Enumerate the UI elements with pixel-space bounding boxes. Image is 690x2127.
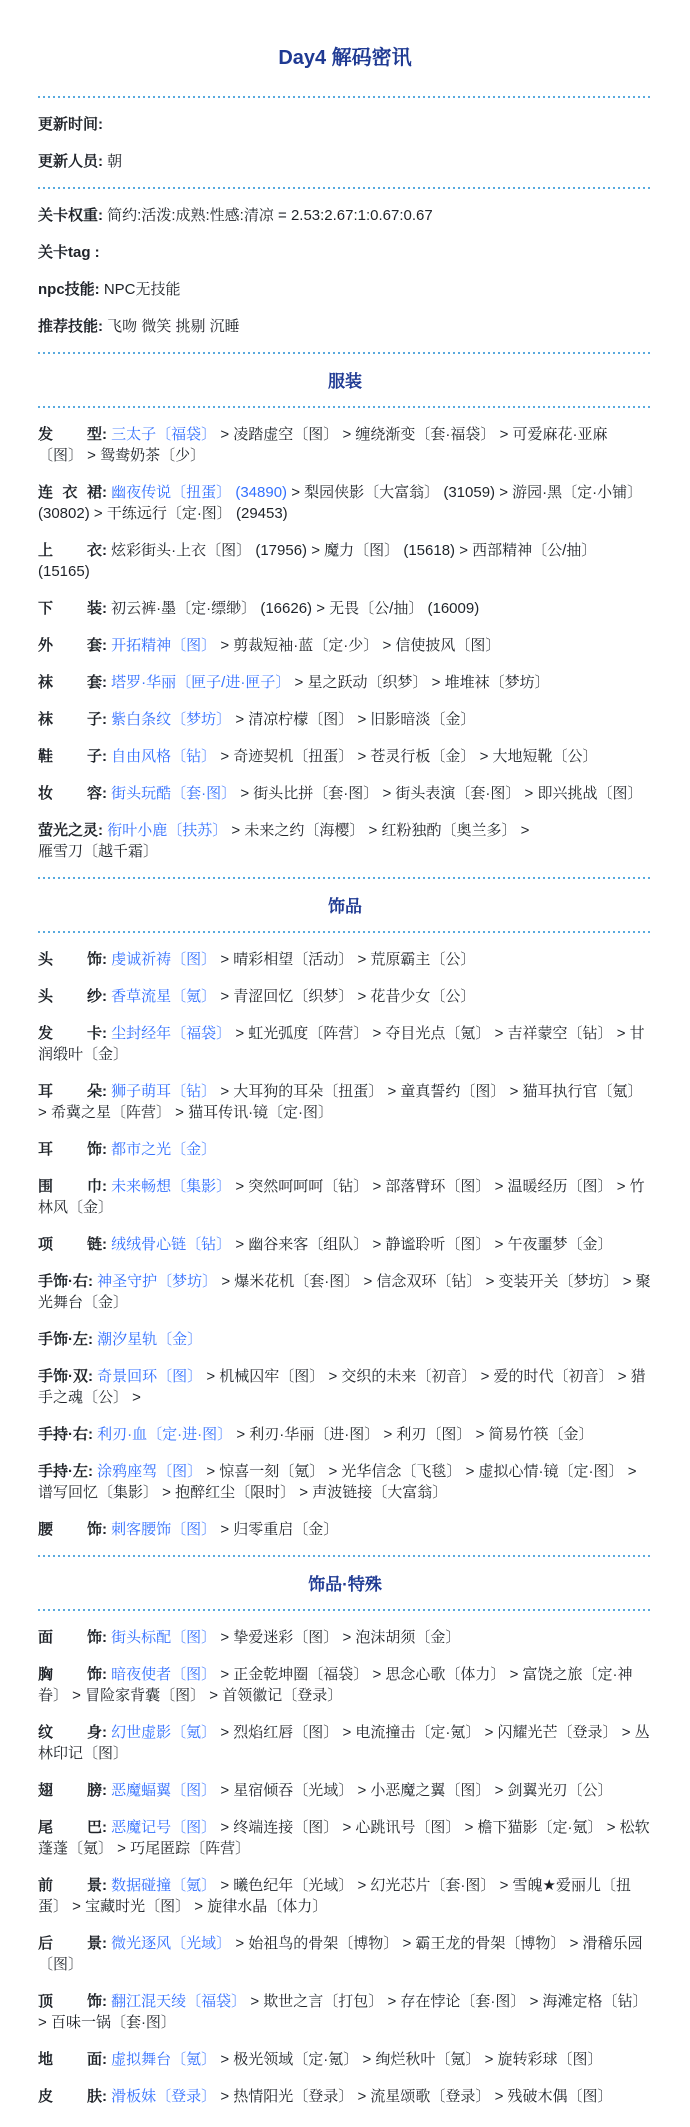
- dotted-divider: [38, 96, 652, 98]
- item-link[interactable]: 幽夜传说〔扭蛋〕 (34890): [111, 484, 287, 501]
- item-separator: >: [618, 1724, 635, 1741]
- outfit-row: 手饰·双: 奇景回环〔图〕 > 机械囚牢〔图〕 > 交织的未来〔初音〕 > 爱的…: [38, 1366, 652, 1408]
- item-separator: >: [190, 1898, 207, 1915]
- item-text: 惊喜一刻〔氪〕: [219, 1463, 324, 1480]
- outfit-row: 手持·右: 利刃·血〔定·进·图〕 > 利刃·华丽〔进·图〕 > 利刃〔图〕 >…: [38, 1424, 652, 1445]
- item-text: 简易竹筷〔金〕: [489, 1426, 594, 1443]
- item-text: 幻光芯片〔套·图〕: [370, 1877, 495, 1894]
- item-text: 信使披风〔图〕: [395, 637, 500, 654]
- item-separator: >: [378, 637, 395, 654]
- item-text: 利刃·华丽〔进·图〕: [249, 1426, 379, 1443]
- slot-colon: :: [102, 1782, 111, 1799]
- item-separator: >: [613, 1025, 630, 1042]
- slot-label: 萤光之灵: [38, 820, 98, 841]
- item-text: 归零重启〔金〕: [233, 1521, 338, 1538]
- item-separator: >: [505, 1083, 522, 1100]
- slot-colon: :: [102, 674, 111, 691]
- item-text: 大耳狗的耳朵〔扭蛋〕: [233, 1083, 383, 1100]
- item-separator: >: [231, 1025, 248, 1042]
- item-separator: >: [353, 988, 370, 1005]
- item-separator: >: [338, 1629, 355, 1646]
- outfit-row: 手饰·左: 潮汐星轨〔金〕: [38, 1329, 652, 1350]
- slot-label: 手饰·右: [38, 1271, 88, 1292]
- item-separator: >: [202, 1368, 219, 1385]
- slot-colon: :: [88, 1463, 97, 1480]
- item-link[interactable]: 恶魔记号〔图〕: [111, 1819, 216, 1836]
- slot-colon: :: [102, 988, 111, 1005]
- item-link[interactable]: 数据碰撞〔氪〕: [111, 1877, 216, 1894]
- item-text: 宝藏时光〔图〕: [85, 1898, 190, 1915]
- item-separator: >: [307, 542, 324, 559]
- outfit-row: 顶饰: 翻江混天绫〔福袋〕 > 欺世之言〔打包〕 > 存在悖论〔套·图〕 > 海…: [38, 1991, 652, 2033]
- item-link[interactable]: 翻江混天绫〔福袋〕: [111, 1993, 246, 2010]
- item-link[interactable]: 开拓精神〔图〕: [111, 637, 216, 654]
- item-separator: >: [353, 2088, 370, 2105]
- item-separator: >: [353, 711, 370, 728]
- slot-colon: :: [98, 822, 107, 839]
- slot-colon: :: [102, 1141, 111, 1158]
- item-text: 爆米花机〔套·图〕: [234, 1273, 359, 1290]
- item-separator: >: [368, 1236, 385, 1253]
- slot-label: 鞋子: [38, 746, 102, 767]
- doc-content: 更新时间: 更新人员: 朝关卡权重: 简约:活泼:成熟:性感:清凉 = 2.53…: [38, 96, 652, 2107]
- slot-label: 外套: [38, 635, 102, 656]
- item-text: 梨园侠影〔大富翁〕 (31059): [304, 484, 495, 501]
- item-separator: >: [216, 1521, 233, 1538]
- slot-colon: :: [102, 711, 111, 728]
- item-text: 心跳讯号〔图〕: [355, 1819, 460, 1836]
- item-separator: >: [490, 1178, 507, 1195]
- item-text: 午夜噩梦〔金〕: [508, 1236, 613, 1253]
- meta-row: 推荐技能: 飞吻 微笑 挑剔 沉睡: [38, 316, 652, 337]
- slot-colon: :: [102, 1877, 111, 1894]
- item-separator: >: [202, 1463, 219, 1480]
- item-separator: >: [379, 1426, 396, 1443]
- item-text: 泡沫胡须〔金〕: [355, 1629, 460, 1646]
- item-text: 利刃〔图〕: [396, 1426, 471, 1443]
- item-link[interactable]: 涂鸦座驾〔图〕: [97, 1463, 202, 1480]
- item-separator: >: [216, 426, 233, 443]
- item-separator: >: [171, 1104, 188, 1121]
- meta-value: 飞吻 微笑 挑剔 沉睡: [107, 318, 240, 335]
- item-separator: >: [481, 1273, 498, 1290]
- item-text: 温暖经历〔图〕: [508, 1178, 613, 1195]
- slot-label: 皮肤: [38, 2086, 102, 2107]
- item-text: 存在悖论〔套·图〕: [400, 1993, 525, 2010]
- outfit-row: 尾巴: 恶魔记号〔图〕 > 终端连接〔图〕 > 心跳讯号〔图〕 > 檐下猫影〔定…: [38, 1817, 652, 1859]
- item-separator: >: [216, 1629, 233, 1646]
- slot-colon: :: [102, 426, 111, 443]
- item-text: 童真誓约〔图〕: [400, 1083, 505, 1100]
- item-text: 星宿倾吞〔光域〕: [233, 1782, 353, 1799]
- item-text: 干练远行〔定·图〕 (29453): [107, 505, 288, 522]
- item-text: 光华信念〔飞毯〕: [341, 1463, 461, 1480]
- item-separator: >: [216, 1877, 233, 1894]
- item-separator: >: [383, 1993, 400, 2010]
- slot-colon: :: [102, 1083, 111, 1100]
- section-header: 饰品: [38, 895, 652, 919]
- outfit-row: 连衣裙: 幽夜传说〔扭蛋〕 (34890) > 梨园侠影〔大富翁〕 (31059…: [38, 482, 652, 524]
- item-link[interactable]: 神圣守护〔梦坊〕: [97, 1273, 217, 1290]
- slot-label: 项链: [38, 1234, 102, 1255]
- item-separator: >: [227, 822, 244, 839]
- slot-colon: :: [102, 2051, 111, 2068]
- item-text: 部落臂环〔图〕: [385, 1178, 490, 1195]
- item-separator: >: [516, 822, 529, 839]
- item-separator: >: [353, 1782, 370, 1799]
- item-text: 花昔少女〔公〕: [370, 988, 475, 1005]
- slot-label: 地面: [38, 2049, 102, 2070]
- outfit-row: 妆容: 街头玩酷〔套·图〕 > 街头比拼〔套·图〕 > 街头表演〔套·图〕 > …: [38, 783, 652, 804]
- item-separator: >: [324, 1368, 341, 1385]
- slot-colon: :: [102, 484, 111, 501]
- meta-label: 更新人员:: [38, 153, 107, 170]
- item-separator: >: [216, 1819, 233, 1836]
- slot-label: 手持·左: [38, 1461, 88, 1482]
- outfit-row: 皮肤: 滑板妹〔登录〕 > 热情阳光〔登录〕 > 流星颂歌〔登录〕 > 残破木偶…: [38, 2086, 652, 2107]
- slot-label: 耳饰: [38, 1139, 102, 1160]
- slot-colon: :: [88, 1368, 97, 1385]
- item-separator: >: [505, 1666, 522, 1683]
- item-separator: >: [128, 1389, 141, 1406]
- item-link[interactable]: 利刃·血〔定·进·图〕: [97, 1426, 232, 1443]
- item-text: 猫耳执行官〔氪〕: [523, 1083, 643, 1100]
- slot-colon: :: [102, 1666, 111, 1683]
- item-separator: >: [216, 748, 233, 765]
- item-separator: >: [480, 1724, 497, 1741]
- slot-label: 手持·右: [38, 1424, 88, 1445]
- item-text: 百味一锅〔套·图〕: [51, 2014, 176, 2031]
- item-separator: >: [364, 822, 381, 839]
- item-separator: >: [490, 1782, 507, 1799]
- item-separator: >: [158, 1484, 175, 1501]
- item-link[interactable]: 微光逐风〔光域〕: [111, 1935, 231, 1952]
- slot-colon: :: [102, 785, 111, 802]
- slot-label: 上衣: [38, 540, 102, 561]
- outfit-row: 外套: 开拓精神〔图〕 > 剪裁短袖·蓝〔定·少〕 > 信使披风〔图〕: [38, 635, 652, 656]
- item-text: 抱醉红尘〔限时〕: [175, 1484, 295, 1501]
- item-text: 青涩回忆〔织梦〕: [233, 988, 353, 1005]
- item-separator: >: [216, 2088, 233, 2105]
- meta-row: 关卡tag :: [38, 242, 652, 263]
- slot-label: 翅膀: [38, 1780, 102, 1801]
- outfit-row: 纹身: 幻世虚影〔氪〕 > 烈焰红唇〔图〕 > 电流撞击〔定·氪〕 > 闪耀光芒…: [38, 1722, 652, 1764]
- outfit-row: 上衣: 炫彩街头·上衣〔图〕 (17956) > 魔力〔图〕 (15618) >…: [38, 540, 652, 582]
- slot-label: 连衣裙: [38, 482, 102, 503]
- outfit-row: 耳饰: 都市之光〔金〕: [38, 1139, 652, 1160]
- slot-colon: :: [88, 1273, 97, 1290]
- item-text: 巧尾匿踪〔阵营〕: [130, 1840, 250, 1857]
- item-text: 闪耀光芒〔登录〕: [498, 1724, 618, 1741]
- slot-colon: :: [102, 1236, 111, 1253]
- item-link[interactable]: 狮子萌耳〔钻〕: [111, 1083, 216, 1100]
- item-link[interactable]: 紫白条纹〔梦坊〕: [111, 711, 231, 728]
- item-text: 无畏〔公/抽〕 (16009): [329, 600, 479, 617]
- slot-label: 袜子: [38, 709, 102, 730]
- meta-row: 更新人员: 朝: [38, 151, 652, 172]
- item-separator: >: [358, 2051, 375, 2068]
- slot-label: 头纱: [38, 986, 102, 1007]
- item-separator: >: [232, 1426, 249, 1443]
- item-separator: >: [312, 600, 329, 617]
- item-separator: >: [427, 674, 444, 691]
- item-text: 星之跃动〔织梦〕: [307, 674, 427, 691]
- item-link[interactable]: 街头玩酷〔套·图〕: [111, 785, 236, 802]
- item-separator: >: [324, 1463, 341, 1480]
- dotted-divider: [38, 1609, 652, 1611]
- item-separator: >: [90, 505, 107, 522]
- item-link[interactable]: 暗夜使者〔图〕: [111, 1666, 216, 1683]
- item-text: 苍灵行板〔金〕: [370, 748, 475, 765]
- slot-colon: :: [102, 600, 111, 617]
- item-text: 电流撞击〔定·氪〕: [355, 1724, 480, 1741]
- item-separator: >: [231, 1935, 248, 1952]
- item-text: 变装开关〔梦坊〕: [499, 1273, 619, 1290]
- slot-label: 发卡: [38, 1023, 102, 1044]
- meta-row: 更新时间:: [38, 114, 652, 135]
- item-separator: >: [216, 951, 233, 968]
- meta-row: 关卡权重: 简约:活泼:成熟:性感:清凉 = 2.53:2.67:1:0.67:…: [38, 205, 652, 226]
- item-separator: >: [338, 1724, 355, 1741]
- meta-label: 关卡权重:: [38, 207, 107, 224]
- slot-colon: :: [102, 748, 111, 765]
- meta-value: NPC无技能: [104, 281, 181, 298]
- item-text: 始祖鸟的骨架〔博物〕: [248, 1935, 398, 1952]
- item-text: 街头表演〔套·图〕: [395, 785, 520, 802]
- item-text: 晴彩相望〔活动〕: [233, 951, 353, 968]
- item-text: 街头比拼〔套·图〕: [253, 785, 378, 802]
- item-text: 即兴挑战〔图〕: [538, 785, 643, 802]
- item-text: 绚烂秋叶〔氪〕: [375, 2051, 480, 2068]
- item-separator: >: [236, 785, 253, 802]
- outfit-row: 发卡: 尘封经年〔福袋〕 > 虹光弧度〔阵营〕 > 夺目光点〔氪〕 > 吉祥蒙空…: [38, 1023, 652, 1065]
- item-separator: >: [83, 447, 100, 464]
- item-separator: >: [613, 1178, 630, 1195]
- item-separator: >: [619, 1273, 636, 1290]
- item-link[interactable]: 虔诚祈祷〔图〕: [111, 951, 216, 968]
- item-text: 静谧聆听〔图〕: [385, 1236, 490, 1253]
- outfit-row: 耳朵: 狮子萌耳〔钻〕 > 大耳狗的耳朵〔扭蛋〕 > 童真誓约〔图〕 > 猫耳执…: [38, 1081, 652, 1123]
- item-text: 挚爱迷彩〔图〕: [233, 1629, 338, 1646]
- item-link[interactable]: 自由风格〔钻〕: [111, 748, 216, 765]
- item-text: 清凉柠檬〔图〕: [248, 711, 353, 728]
- outfit-row: 发型: 三太子〔福袋〕 > 凌踏虚空〔图〕 > 缠绕渐变〔套·福袋〕 > 可爱麻…: [38, 424, 652, 466]
- item-link[interactable]: 奇景回环〔图〕: [97, 1368, 202, 1385]
- slot-colon: :: [102, 637, 111, 654]
- item-separator: >: [216, 988, 233, 1005]
- item-separator: >: [565, 1935, 582, 1952]
- item-separator: >: [398, 1935, 415, 1952]
- slot-label: 发型: [38, 424, 102, 445]
- item-text: 小恶魔之翼〔图〕: [370, 1782, 490, 1799]
- item-separator: >: [368, 1666, 385, 1683]
- item-text: 鸳鸯奶茶〔少〕: [100, 447, 205, 464]
- slot-label: 手饰·左: [38, 1329, 88, 1350]
- outfit-row: 袜套: 塔罗·华丽〔匣子/进·匣子〕 > 星之跃动〔织梦〕 > 堆堆袜〔梦坊〕: [38, 672, 652, 693]
- doc-title: Day4 解码密讯: [38, 44, 652, 72]
- outfit-row: 胸饰: 暗夜使者〔图〕 > 正金乾坤圈〔福袋〕 > 思念心歌〔体力〕 > 富饶之…: [38, 1664, 652, 1706]
- slot-colon: :: [102, 1629, 111, 1646]
- item-separator: >: [231, 1178, 248, 1195]
- item-text: 缠绕渐变〔套·福袋〕: [355, 426, 495, 443]
- dotted-divider: [38, 877, 652, 879]
- item-text: 声波链接〔大富翁〕: [312, 1484, 447, 1501]
- item-text: 终端连接〔图〕: [233, 1819, 338, 1836]
- item-link[interactable]: 尘封经年〔福袋〕: [111, 1025, 231, 1042]
- item-separator: >: [216, 1666, 233, 1683]
- item-separator: >: [368, 1025, 385, 1042]
- item-text: 奇迹契机〔扭蛋〕: [233, 748, 353, 765]
- slot-label: 袜套: [38, 672, 102, 693]
- item-text: 流星颂歌〔登录〕: [370, 2088, 490, 2105]
- outfit-row: 头饰: 虔诚祈祷〔图〕 > 晴彩相望〔活动〕 > 荒原霸主〔公〕: [38, 949, 652, 970]
- item-text: 虹光弧度〔阵营〕: [248, 1025, 368, 1042]
- outfit-row: 后景: 微光逐风〔光域〕 > 始祖鸟的骨架〔博物〕 > 霸王龙的骨架〔博物〕 >…: [38, 1933, 652, 1975]
- item-separator: >: [216, 1083, 233, 1100]
- item-link[interactable]: 街头标配〔图〕: [111, 1629, 216, 1646]
- meta-label: npc技能:: [38, 281, 104, 298]
- slot-colon: :: [102, 1993, 111, 2010]
- item-text: 旋转彩球〔图〕: [498, 2051, 603, 2068]
- item-link[interactable]: 衔叶小鹿〔扶苏〕: [107, 822, 227, 839]
- outfit-row: 下装: 初云裤·墨〔定·缥缈〕 (16626) > 无畏〔公/抽〕 (16009…: [38, 598, 652, 619]
- meta-label: 更新时间:: [38, 116, 103, 133]
- item-separator: >: [460, 1819, 477, 1836]
- slot-colon: :: [102, 1724, 111, 1741]
- meta-label: 推荐技能:: [38, 318, 107, 335]
- dotted-divider: [38, 406, 652, 408]
- dotted-divider: [38, 352, 652, 354]
- item-separator: >: [353, 951, 370, 968]
- meta-row: npc技能: NPC无技能: [38, 279, 652, 300]
- item-text: 夺目光点〔氪〕: [385, 1025, 490, 1042]
- item-text: 交织的未来〔初音〕: [341, 1368, 476, 1385]
- item-text: 海滩定格〔钻〕: [543, 1993, 648, 2010]
- item-separator: >: [495, 1877, 512, 1894]
- item-separator: >: [603, 1819, 620, 1836]
- slot-label: 手饰·双: [38, 1366, 88, 1387]
- item-text: 思念心歌〔体力〕: [385, 1666, 505, 1683]
- outfit-row: 前景: 数据碰撞〔氪〕 > 曦色纪年〔光域〕 > 幻光芯片〔套·图〕 > 雪魄★…: [38, 1875, 652, 1917]
- item-separator: >: [216, 637, 233, 654]
- item-link[interactable]: 香草流星〔氪〕: [111, 988, 216, 1005]
- item-text: 虚拟心情·镜〔定·图〕: [479, 1463, 624, 1480]
- item-separator: >: [368, 1178, 385, 1195]
- item-link[interactable]: 滑板妹〔登录〕: [111, 2088, 216, 2105]
- slot-label: 顶饰: [38, 1991, 102, 2012]
- item-link[interactable]: 三太子〔福袋〕: [111, 426, 216, 443]
- slot-label: 围巾: [38, 1176, 102, 1197]
- item-separator: >: [38, 2014, 51, 2031]
- slot-label: 面饰: [38, 1627, 102, 1648]
- item-text: 檐下猫影〔定·氪〕: [478, 1819, 603, 1836]
- slot-label: 耳朵: [38, 1081, 102, 1102]
- item-separator: >: [68, 1898, 85, 1915]
- slot-colon: :: [102, 1819, 111, 1836]
- item-link[interactable]: 塔罗·华丽〔匣子/进·匣子〕: [111, 674, 290, 691]
- item-link[interactable]: 绒绒骨心链〔钻〕: [111, 1236, 231, 1253]
- item-separator: >: [455, 542, 472, 559]
- item-link[interactable]: 恶魔蝠翼〔图〕: [111, 1782, 216, 1799]
- item-separator: >: [68, 1687, 85, 1704]
- item-text: 烈焰红唇〔图〕: [233, 1724, 338, 1741]
- meta-label: 关卡tag :: [38, 244, 100, 261]
- item-text: 残破木偶〔图〕: [508, 2088, 613, 2105]
- item-text: 猫耳传讯·镜〔定·图〕: [188, 1104, 333, 1121]
- item-separator: >: [38, 1104, 51, 1121]
- item-text: 谱写回忆〔集影〕: [38, 1484, 158, 1501]
- item-separator: >: [383, 1083, 400, 1100]
- outfit-row: 腰饰: 刺客腰饰〔图〕 > 归零重启〔金〕: [38, 1519, 652, 1540]
- item-link[interactable]: 虚拟舞台〔氪〕: [111, 2051, 216, 2068]
- item-separator: >: [614, 1368, 631, 1385]
- item-separator: >: [217, 1273, 234, 1290]
- item-text: 信念双环〔钻〕: [376, 1273, 481, 1290]
- item-text: 凌踏虚空〔图〕: [233, 426, 338, 443]
- slot-colon: :: [102, 1521, 111, 1538]
- item-separator: >: [624, 1463, 637, 1480]
- item-separator: >: [476, 1368, 493, 1385]
- item-text: 极光领域〔定·氪〕: [233, 2051, 358, 2068]
- item-text: 堆堆袜〔梦坊〕: [445, 674, 550, 691]
- item-text: 机械囚牢〔图〕: [219, 1368, 324, 1385]
- item-separator: >: [495, 484, 512, 501]
- slot-colon: :: [88, 1331, 97, 1348]
- slot-colon: :: [102, 2088, 111, 2105]
- slot-colon: :: [102, 1025, 111, 1042]
- outfit-row: 项链: 绒绒骨心链〔钻〕 > 幽谷来客〔组队〕 > 静谧聆听〔图〕 > 午夜噩梦…: [38, 1234, 652, 1255]
- item-link[interactable]: 幻世虚影〔氪〕: [111, 1724, 216, 1741]
- item-text: 首领徽记〔登录〕: [222, 1687, 342, 1704]
- item-separator: >: [520, 785, 537, 802]
- outfit-row: 鞋子: 自由风格〔钻〕 > 奇迹契机〔扭蛋〕 > 苍灵行板〔金〕 > 大地短靴〔…: [38, 746, 652, 767]
- item-text: 剪裁短袖·蓝〔定·少〕: [233, 637, 378, 654]
- item-link[interactable]: 都市之光〔金〕: [111, 1141, 216, 1158]
- slot-label: 腰饰: [38, 1519, 102, 1540]
- item-text: 红粉独酌〔奥兰多〕: [381, 822, 516, 839]
- item-link[interactable]: 未来畅想〔集影〕: [111, 1178, 231, 1195]
- item-text: 欺世之言〔打包〕: [263, 1993, 383, 2010]
- item-separator: >: [216, 1724, 233, 1741]
- item-separator: >: [471, 1426, 488, 1443]
- meta-value: 简约:活泼:成熟:性感:清凉 = 2.53:2.67:1:0.67:0.67: [107, 207, 433, 224]
- outfit-row: 手饰·右: 神圣守护〔梦坊〕 > 爆米花机〔套·图〕 > 信念双环〔钻〕 > 变…: [38, 1271, 652, 1313]
- item-separator: >: [295, 1484, 312, 1501]
- item-text: 吉祥蒙空〔钻〕: [508, 1025, 613, 1042]
- slot-label: 头饰: [38, 949, 102, 970]
- outfit-row: 萤光之灵: 衔叶小鹿〔扶苏〕 > 未来之约〔海樱〕 > 红粉独酌〔奥兰多〕 > …: [38, 820, 652, 862]
- item-separator: >: [205, 1687, 222, 1704]
- item-separator: >: [216, 1782, 233, 1799]
- slot-colon: :: [102, 951, 111, 968]
- item-link[interactable]: 潮汐星轨〔金〕: [97, 1331, 202, 1348]
- item-text: 正金乾坤圈〔福袋〕: [233, 1666, 368, 1683]
- item-link[interactable]: 刺客腰饰〔图〕: [111, 1521, 216, 1538]
- item-text: 炫彩街头·上衣〔图〕 (17956): [111, 542, 307, 559]
- item-text: 魔力〔图〕 (15618): [324, 542, 455, 559]
- item-separator: >: [359, 1273, 376, 1290]
- outfit-row: 面饰: 街头标配〔图〕 > 挚爱迷彩〔图〕 > 泡沫胡须〔金〕: [38, 1627, 652, 1648]
- slot-colon: :: [88, 1426, 97, 1443]
- item-separator: >: [338, 1819, 355, 1836]
- slot-colon: :: [102, 1935, 111, 1952]
- item-separator: >: [338, 426, 355, 443]
- item-text: 大地短靴〔公〕: [493, 748, 598, 765]
- item-text: 霸王龙的骨架〔博物〕: [415, 1935, 565, 1952]
- slot-label: 胸饰: [38, 1664, 102, 1685]
- dotted-divider: [38, 1555, 652, 1557]
- meta-value: 朝: [107, 153, 122, 170]
